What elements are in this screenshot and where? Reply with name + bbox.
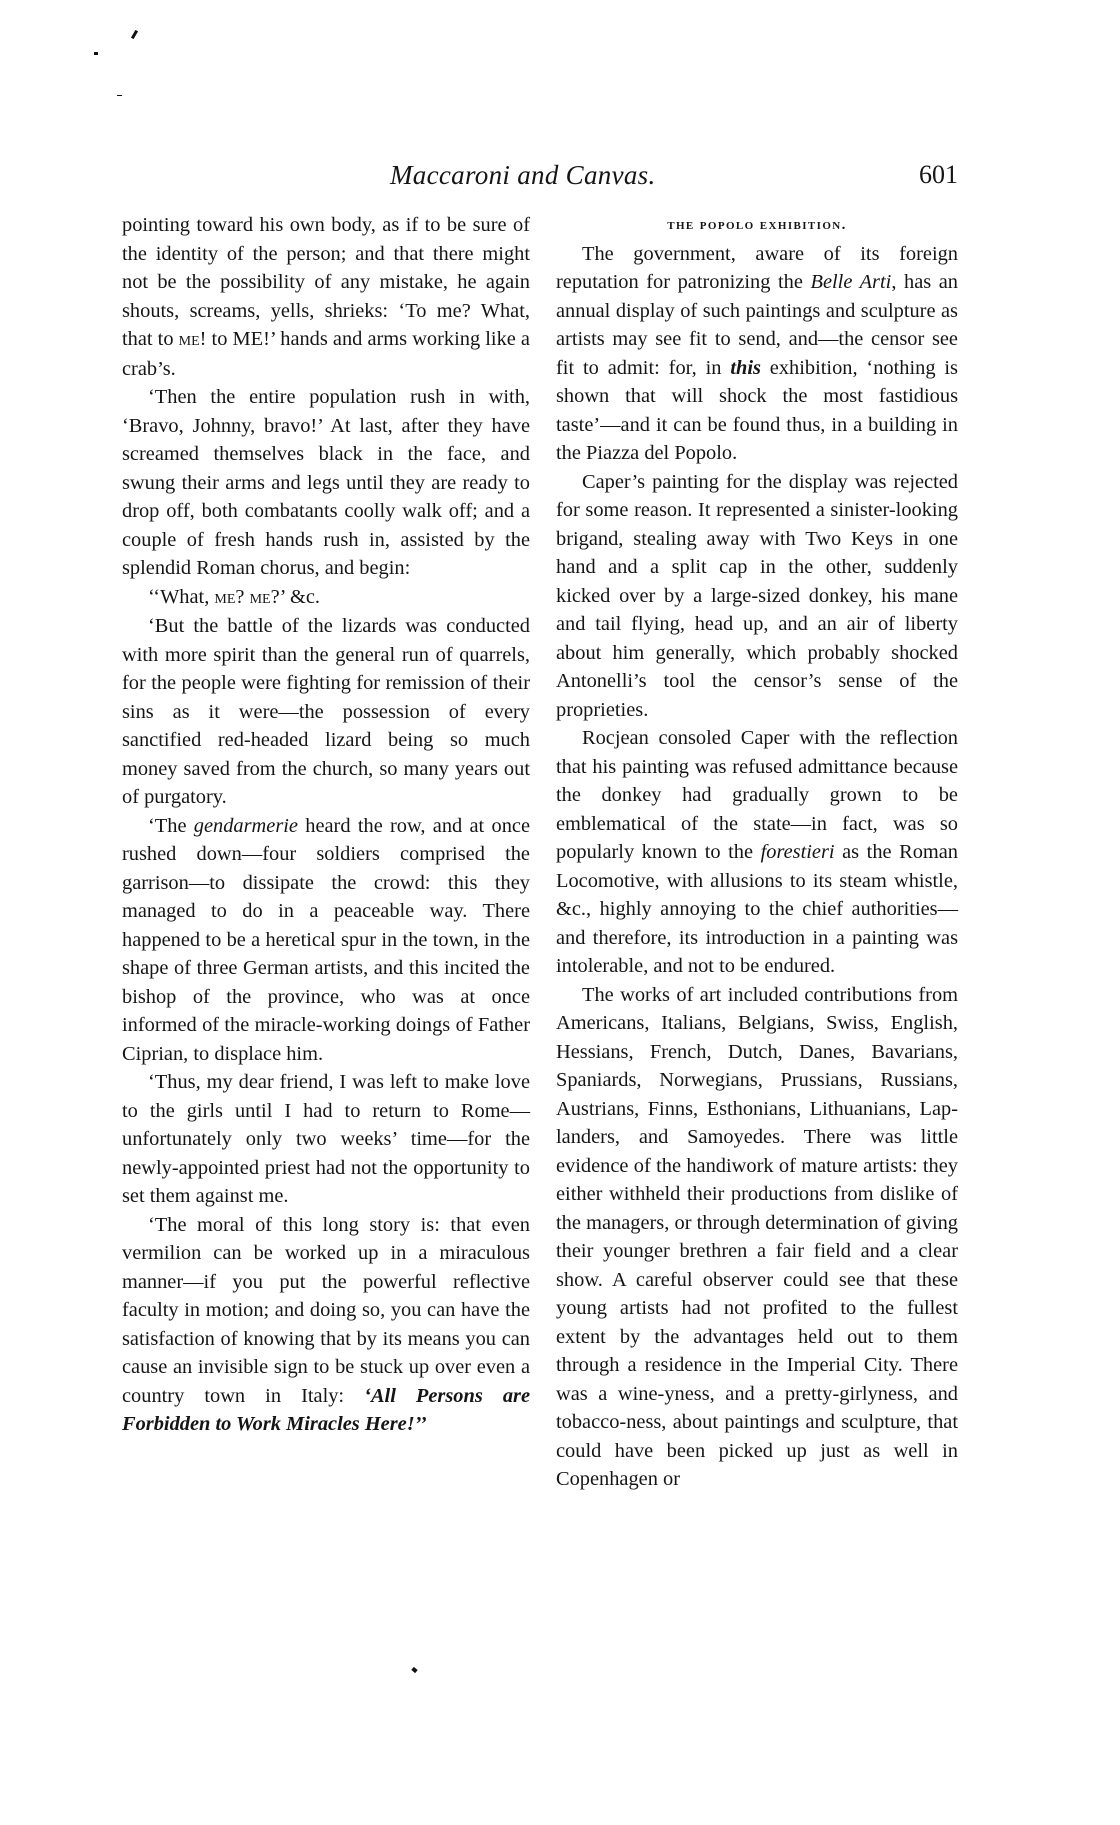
running-title: Maccaroni and Canvas. [390,160,656,191]
paragraph: pointing toward his own body, as if to b… [122,211,530,383]
paragraph: ‘Then the entire population rush in with… [122,383,530,583]
left-column: pointing toward his own body, as if to b… [122,211,530,1439]
text: ? [235,586,249,608]
text: heard the row, and at once rushed down—f… [122,815,530,1065]
italic-text: forestieri [761,841,835,863]
small-caps-text: me [214,587,235,608]
italic-text: Belle Arti [811,271,892,293]
page-number: 601 [919,160,958,190]
italic-bold-text: this [730,357,761,379]
paragraph: ‘Thus, my dear friend, I was left to mak… [122,1068,530,1211]
italic-text: gendarmerie [194,815,298,837]
paragraph: ‘But the battle of the lizards was con­d… [122,612,530,812]
text: ‘The moral of this long story is: that e… [122,1214,530,1407]
paragraph: ‘The moral of this long story is: that e… [122,1211,530,1439]
text: ‘The [148,815,194,837]
section-heading: The Popolo Exhibition. [556,211,958,240]
text: ‘‘What, [148,586,214,608]
paragraph: Caper’s painting for the display was rej… [556,468,958,725]
paragraph: The government, aware of its foreign rep… [556,240,958,468]
small-caps-text: me [179,329,200,350]
page-header: Maccaroni and Canvas. 601 [122,160,958,196]
print-speck [131,30,138,39]
small-caps-text: me [250,587,271,608]
print-speck [94,52,98,55]
paragraph: Rocjean consoled Caper with the re­flect… [556,724,958,981]
right-column: The Popolo Exhibition. The government, a… [556,211,958,1494]
paragraph: ‘The gendarmerie heard the row, and at o… [122,812,530,1069]
print-speck [117,95,122,96]
text: ?’ &c. [271,586,320,608]
paragraph: The works of art included contribu­tions… [556,981,958,1494]
paragraph: ‘‘What, me? me?’ &c. [122,583,530,613]
print-speck [411,1667,417,1673]
